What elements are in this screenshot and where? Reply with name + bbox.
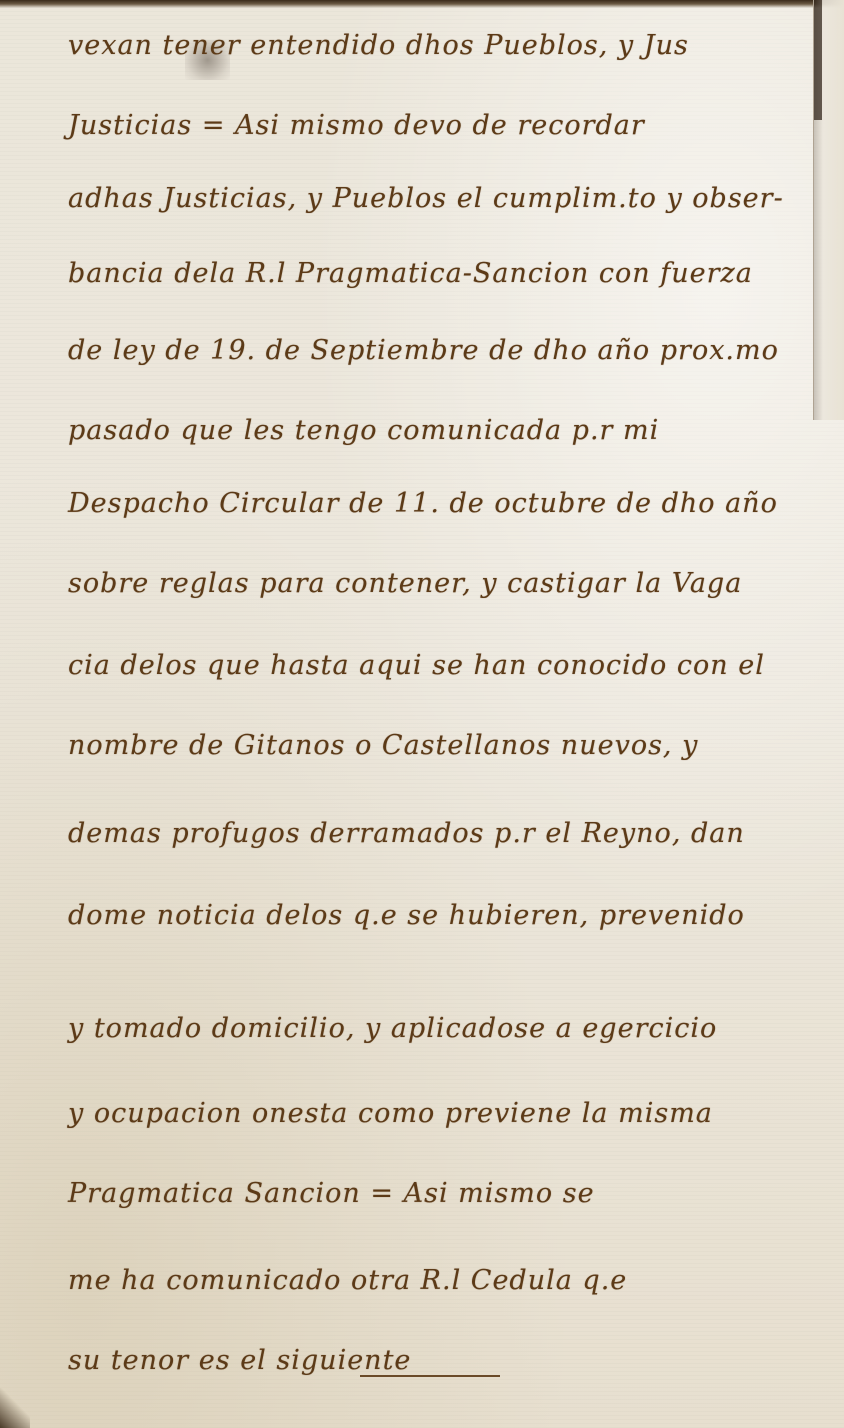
text-line-6: pasado que les tengo comunicada p.r mi [68, 415, 659, 446]
text-line-17: su tenor es el siguiente [68, 1345, 411, 1376]
text-line-3: adhas Justicias, y Pueblos el cumplim.to… [68, 183, 784, 214]
handwritten-text: vexan tener entendido dhos Pueblos, y Ju… [0, 0, 844, 1428]
text-line-7: Despacho Circular de 11. de octubre de d… [68, 488, 778, 519]
text-line-9: cia delos que hasta aqui se han conocido… [68, 650, 765, 681]
text-line-11: demas profugos derramados p.r el Reyno, … [68, 818, 745, 849]
text-line-15: Pragmatica Sancion = Asi mismo se [68, 1178, 595, 1209]
text-line-1: vexan tener entendido dhos Pueblos, y Ju… [68, 30, 689, 61]
text-line-13: y tomado domicilio, y aplicadose a egerc… [68, 1013, 717, 1044]
text-line-5: de ley de 19. de Septiembre de dho año p… [68, 335, 779, 366]
manuscript-page: vexan tener entendido dhos Pueblos, y Ju… [0, 0, 844, 1428]
text-line-4: bancia dela R.l Pragmatica-Sancion con f… [68, 258, 753, 289]
text-line-12: dome noticia delos q.e se hubieren, prev… [68, 900, 745, 931]
text-line-14: y ocupacion onesta como previene la mism… [68, 1098, 713, 1129]
text-line-2: Justicias = Asi mismo devo de recordar [68, 110, 645, 141]
text-line-10: nombre de Gitanos o Castellanos nuevos, … [68, 730, 698, 761]
closing-flourish-line [360, 1375, 500, 1377]
text-line-16: me ha comunicado otra R.l Cedula q.e [68, 1265, 627, 1296]
text-line-8: sobre reglas para contener, y castigar l… [68, 568, 742, 599]
